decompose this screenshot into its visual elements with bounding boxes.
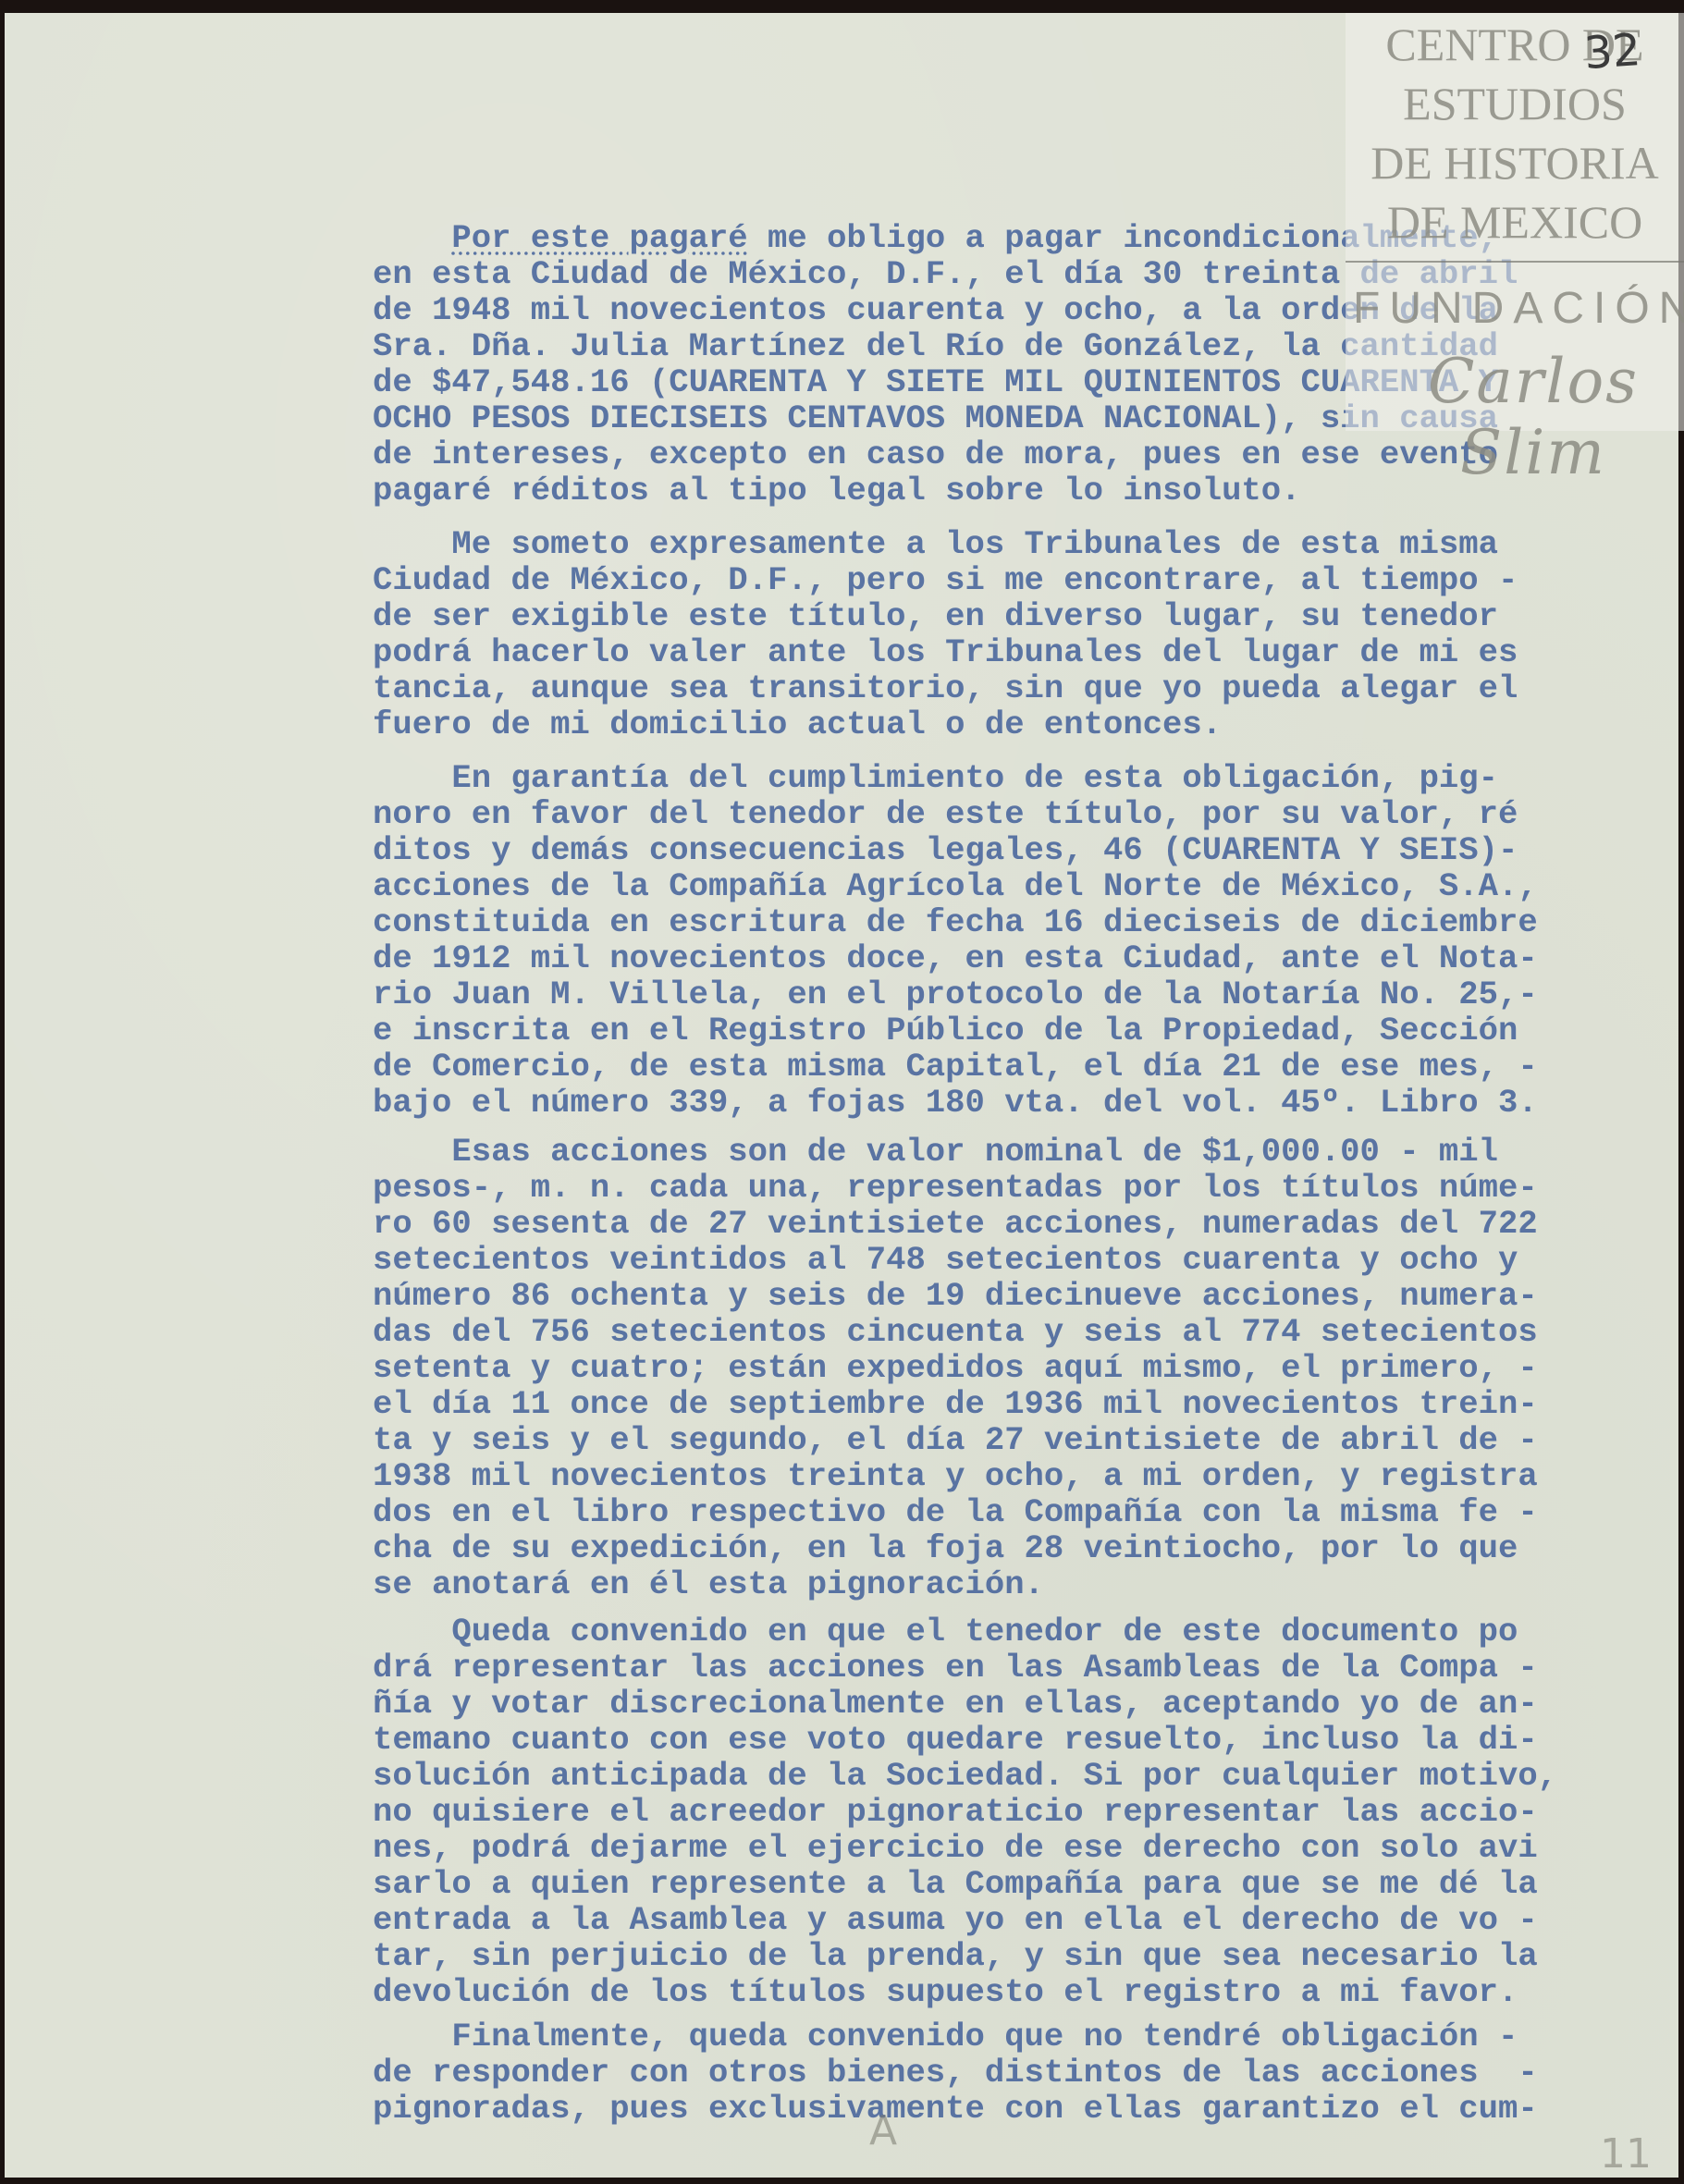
- folio-number: 32: [1582, 24, 1642, 80]
- text-line: número 86 ochenta y seis de 19 diecinuev…: [373, 1278, 1575, 1314]
- text-line: das del 756 setecientos cincuenta y seis…: [373, 1314, 1575, 1350]
- text-line: constituida en escritura de fecha 16 die…: [373, 904, 1575, 940]
- text-line: Ciudad de México, D.F., pero si me encon…: [373, 562, 1575, 598]
- paragraph-voting-rights: Queda convenido en que el tenedor de est…: [373, 1613, 1575, 2010]
- watermark-signature: Carlos Slim: [1383, 346, 1684, 488]
- text-line: de ser exigible este título, en diverso …: [373, 598, 1575, 634]
- text-line: podrá hacerlo valer ante los Tribunales …: [373, 634, 1575, 670]
- text-line: sarlo a quien represente a la Compañía p…: [373, 1866, 1575, 1902]
- text-line: e inscrita en el Registro Público de la …: [373, 1012, 1575, 1049]
- text-line: no quisiere el acreedor pignoraticio rep…: [373, 1794, 1575, 1830]
- text-line: de Comercio, de esta misma Capital, el d…: [373, 1049, 1575, 1085]
- text-line: Queda convenido en que el tenedor de est…: [373, 1613, 1575, 1650]
- underlined-lead-phrase: Por este pagaré: [451, 219, 747, 257]
- text-line: tancia, aunque sea transitorio, sin que …: [373, 670, 1575, 706]
- text-line: pesos-, m. n. cada una, representadas po…: [373, 1170, 1575, 1206]
- watermark-line: ESTUDIOS: [1346, 74, 1684, 133]
- text-line: de responder con otros bienes, distintos…: [373, 2055, 1575, 2091]
- text-line: bajo el número 339, a fojas 180 vta. del…: [373, 1085, 1575, 1121]
- text-line: Finalmente, queda convenido que no tendr…: [373, 2018, 1575, 2055]
- paragraph-pledge: En garantía del cumplimiento de esta obl…: [373, 760, 1575, 1121]
- paragraph-jurisdiction: Me someto expresamente a los Tribunales …: [373, 526, 1575, 742]
- text-line: Me someto expresamente a los Tribunales …: [373, 526, 1575, 562]
- text-line: cha de su expedición, en la foja 28 vein…: [373, 1530, 1575, 1566]
- text-line: En garantía del cumplimiento de esta obl…: [373, 760, 1575, 796]
- pencil-mark-center: A: [869, 2107, 897, 2154]
- text-line: tar, sin perjuicio de la prenda, y sin q…: [373, 1938, 1575, 1974]
- text-line: setenta y cuatro; están expedidos aquí m…: [373, 1350, 1575, 1386]
- paragraph-shares-detail: Esas acciones son de valor nominal de $1…: [373, 1134, 1575, 1602]
- text-line: rio Juan M. Villela, en el protocolo de …: [373, 976, 1575, 1012]
- text-line: Esas acciones son de valor nominal de $1…: [373, 1134, 1575, 1170]
- text-line: setecientos veintidos al 748 setecientos…: [373, 1242, 1575, 1278]
- text-line: se anotará en él esta pignoración.: [373, 1566, 1575, 1602]
- text-line: entrada a la Asamblea y asuma yo en ella…: [373, 1902, 1575, 1938]
- paragraph-final-clause: Finalmente, queda convenido que no tendr…: [373, 2018, 1575, 2127]
- watermark-line: DE MEXICO: [1346, 192, 1684, 252]
- text-line: fuero de mi domicilio actual o de entonc…: [373, 706, 1575, 742]
- text-line: ro 60 sesenta de 27 veintisiete acciones…: [373, 1206, 1575, 1242]
- text-line: nes, podrá dejarme el ejercicio de ese d…: [373, 1830, 1575, 1866]
- pencil-mark-right: 11: [1600, 2130, 1652, 2178]
- text-line: dos en el libro respectivo de la Compañí…: [373, 1494, 1575, 1530]
- text-line-content: Por este pagaré me obligo a pagar incond…: [373, 219, 1498, 257]
- text-line: pignoradas, pues exclusivamente con ella…: [373, 2091, 1575, 2127]
- document-page: Por este pagaré me obligo a pagar incond…: [5, 13, 1678, 2178]
- text-line: ta y seis y el segundo, el día 27 veinti…: [373, 1422, 1575, 1458]
- text-line: ditos y demás consecuencias legales, 46 …: [373, 832, 1575, 868]
- watermark-line: DE HISTORIA: [1346, 133, 1684, 192]
- text-line: devolución de los títulos supuesto el re…: [373, 1974, 1575, 2010]
- text-line: de 1912 mil novecientos doce, en esta Ci…: [373, 940, 1575, 976]
- text-line: drá representar las acciones en las Asam…: [373, 1650, 1575, 1686]
- text-line: temano cuanto con ese voto quedare resue…: [373, 1722, 1575, 1758]
- text-line: acciones de la Compañía Agrícola del Nor…: [373, 868, 1575, 904]
- text-line: ñía y votar discrecionalmente en ellas, …: [373, 1686, 1575, 1722]
- text-line: solución anticipada de la Sociedad. Si p…: [373, 1758, 1575, 1794]
- text-line: noro en favor del tenedor de este título…: [373, 796, 1575, 832]
- watermark-foundation: FUNDACIÓN: [1353, 283, 1684, 334]
- text-line: 1938 mil novecientos treinta y ocho, a m…: [373, 1458, 1575, 1494]
- text-line: el día 11 once de septiembre de 1936 mil…: [373, 1386, 1575, 1422]
- watermark-divider: [1346, 261, 1684, 263]
